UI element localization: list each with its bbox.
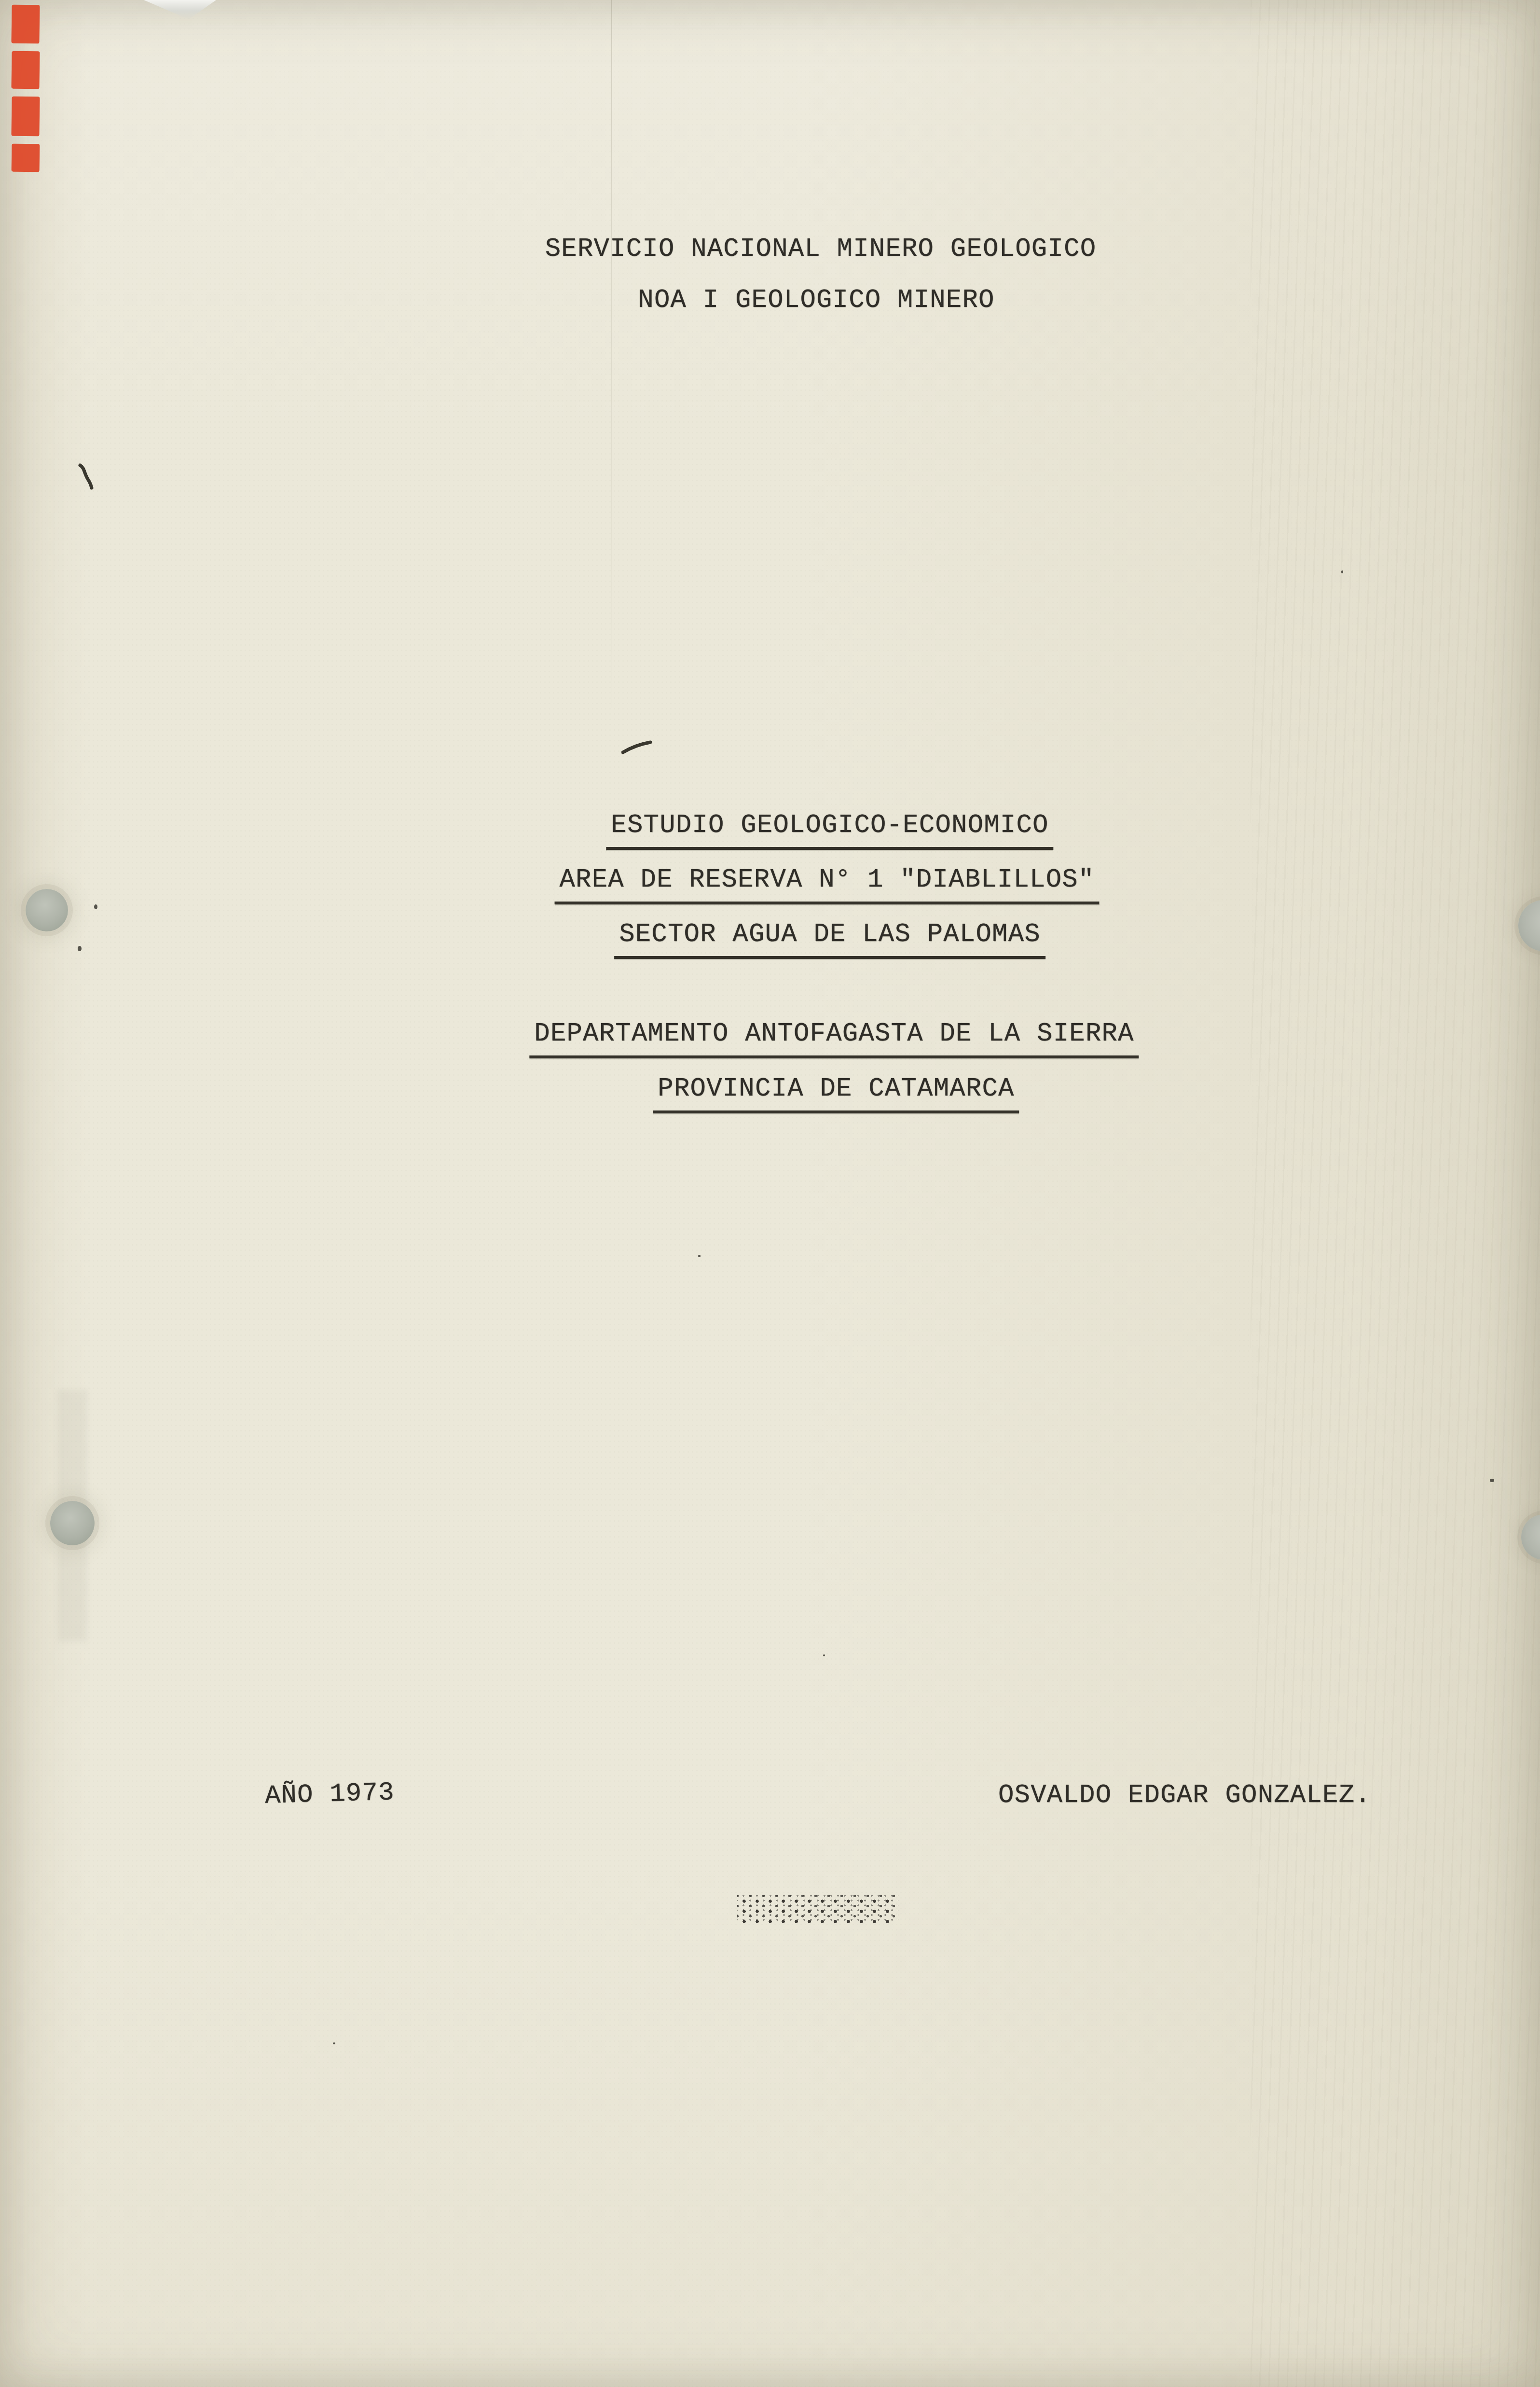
dirt-speck: [78, 946, 82, 951]
dirt-speck: [698, 1255, 701, 1257]
scanned-document-page: SERVICIO NACIONAL MINERO GEOLOGICO NOA I…: [0, 0, 1540, 2387]
red-edge-mark: [11, 97, 40, 137]
pen-stroke-mark: [621, 740, 652, 755]
dirt-speck: [1490, 1479, 1494, 1482]
author-name: OSVALDO EDGAR GONZALEZ.: [998, 1781, 1371, 1811]
department-line: DEPARTAMENTO ANTOFAGASTA DE LA SIERRA: [529, 1019, 1139, 1058]
red-edge-mark: [11, 5, 40, 44]
report-title-line3: SECTOR AGUA DE LAS PALOMAS: [614, 920, 1045, 959]
paper-crease-line: [611, 0, 612, 724]
report-title-line2: AREA DE RESERVA N° 1 "DIABLILLOS": [555, 865, 1100, 904]
typed-ornament-band: [737, 1895, 898, 1924]
institution-name-line2: NOA I GEOLOGICO MINERO: [638, 286, 994, 316]
dirt-speck: [823, 1654, 825, 1656]
report-title-line1: ESTUDIO GEOLOGICO-ECONOMICO: [606, 811, 1053, 850]
dirt-speck: [333, 2042, 335, 2044]
dirt-speck: [94, 904, 97, 909]
dirt-speck: [1341, 570, 1343, 573]
year-label: AÑO 1973: [264, 1778, 395, 1812]
province-line: PROVINCIA DE CATAMARCA: [653, 1074, 1019, 1113]
paper-streaks: [1251, 0, 1540, 2387]
institution-name-line1: SERVICIO NACIONAL MINERO GEOLOGICO: [545, 235, 1097, 264]
pen-stroke-mark: [77, 462, 96, 491]
torn-corner: [144, 0, 216, 19]
red-edge-mark: [11, 51, 40, 89]
red-edge-mark: [12, 144, 40, 172]
punch-hole-left-bottom: [50, 1501, 95, 1545]
punch-hole-left-top: [26, 889, 68, 931]
